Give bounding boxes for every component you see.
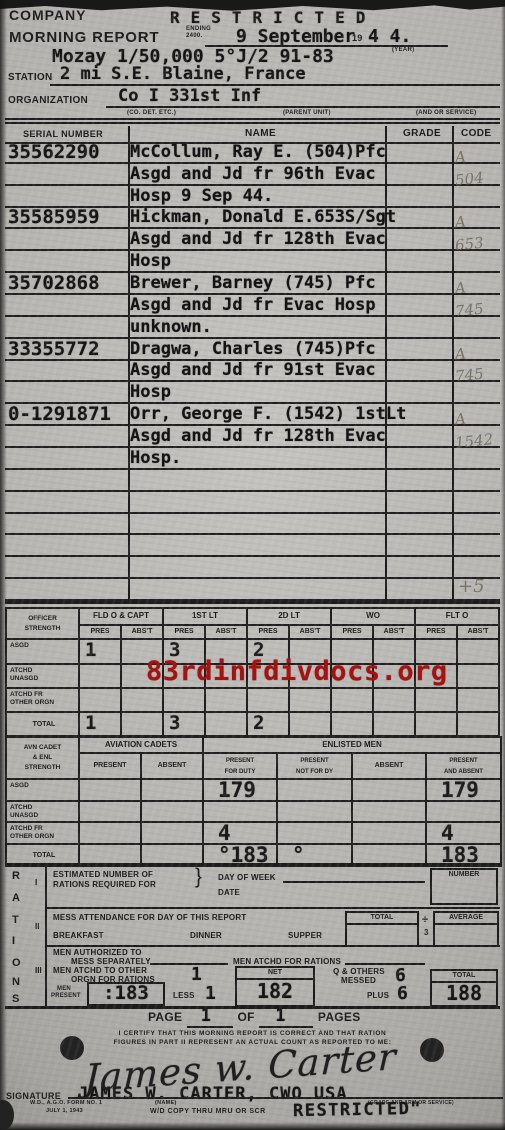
handwritten-code: A (454, 147, 467, 166)
table-row (5, 557, 500, 579)
table-row (5, 579, 500, 601)
ending-time: 2400. (186, 33, 203, 39)
serial-number: 35702868 (8, 274, 100, 293)
row-label-total: TOTAL (6, 712, 79, 736)
company-label: COMPANY (9, 7, 87, 23)
cell (141, 822, 203, 844)
present-label: PRESENT (51, 993, 81, 999)
cell (79, 779, 141, 801)
cell (121, 688, 163, 712)
less-label: LESS (173, 991, 195, 1000)
number-box: NUMBER (430, 868, 498, 905)
part-numeral-2: II (35, 922, 39, 931)
rations-rail-letter: A (12, 892, 20, 904)
men-atchd-rations-label: MEN ATCHD FOR RATIONS (233, 957, 341, 966)
men-label: MEN (57, 986, 71, 992)
mess-total-label: TOTAL (347, 913, 417, 925)
roster-rows: 35562290McCollum, Ray E. (504)PfcA Asgd … (5, 142, 500, 601)
table-row (5, 470, 500, 492)
mess-attendance-label: MESS ATTENDANCE FOR DAY OF THIS REPORT (53, 913, 246, 922)
part-divider-1 (45, 907, 500, 909)
col-present: PRESENT (79, 753, 141, 779)
rations-rail-letter: N (12, 976, 20, 988)
cell: 1 (79, 712, 121, 736)
cell (415, 712, 457, 736)
cell (426, 801, 501, 822)
group-aviation-cadets: AVIATION CADETS (79, 737, 203, 753)
serial-number: 35562290 (8, 143, 100, 162)
cell (141, 801, 203, 822)
cell (352, 779, 426, 801)
group-flt-o: FLT O (415, 608, 499, 625)
rations-section: R A T I O N S I II III ESTIMATED NUMBER … (5, 863, 500, 1009)
group-fldo-capt: FLD O & CAPT (79, 608, 163, 625)
col-name: NAME (245, 128, 276, 139)
handwritten-code: 745 (454, 299, 484, 320)
cell: 4 (426, 822, 501, 844)
table-row: Hosp (5, 382, 500, 404)
table-row (5, 514, 500, 536)
officer-strength-title: OFFICER STRENGTH (6, 608, 79, 639)
year-label: (YEAR) (392, 47, 414, 53)
cell (373, 712, 415, 736)
cell: 2 (247, 712, 289, 736)
row-label-atchd-fr: ATCHD FR OTHER ORGN (6, 688, 79, 712)
cell (79, 664, 121, 688)
cell: 3 (163, 712, 205, 736)
cell (205, 688, 247, 712)
table-row: Asgd and Jd fr 128th Evac653 (5, 229, 500, 251)
table-row: 35702868Brewer, Barney (745) PfcA (5, 273, 500, 295)
dark-left-edge (0, 0, 7, 1130)
mess-separately-label: MESS SEPARATELY (71, 957, 151, 966)
organization-value: Co I 331st Inf (118, 86, 261, 106)
form-number: W.D., A.G.O. FORM NO. 1 (30, 1100, 102, 1106)
cell (457, 639, 499, 664)
rations-total-value: 188 (432, 983, 496, 1003)
entry-text: Asgd and Jd fr Evac Hosp (130, 296, 376, 315)
group-wo: WO (331, 608, 415, 625)
roster-bottom-rule (5, 601, 500, 604)
rations-rail-letter: T (12, 914, 19, 926)
table-row: Asgd and Jd fr 91st Evac745 (5, 361, 500, 383)
group-2d-lt: 2D LT (247, 608, 331, 625)
supper-label: SUPPER (288, 931, 322, 940)
part-divider-2 (45, 945, 500, 947)
organization-label: ORGANIZATION (8, 95, 88, 106)
brace: } (195, 865, 202, 889)
col-code: CODE (461, 128, 492, 139)
page-line: PAGE 1 OF 1 PAGES (148, 1006, 361, 1026)
handwritten-code: 653 (454, 234, 484, 255)
table-row (5, 492, 500, 514)
page-value: 1 (187, 1006, 233, 1028)
average-label: AVERAGE (435, 913, 497, 925)
rations-rail-letter: S (12, 993, 19, 1005)
station-value: 2 mi S.E. Blaine, France (60, 64, 306, 84)
entry-text: Hosp 9 Sep 44. (130, 187, 273, 206)
table-row: 33355772Dragwa, Charles (745)PfcA (5, 339, 500, 361)
serial-number: 35585959 (8, 208, 100, 227)
col-absent: ABSENT (141, 753, 203, 779)
sub-label-parent: (PARENT UNIT) (283, 110, 331, 116)
divide-symbol: ÷ (422, 914, 428, 926)
row-label-asgd: ASGD (6, 639, 79, 664)
table-row: Asgd and Jd fr 96th Evac504 (5, 164, 500, 186)
header-rule-2 (5, 122, 500, 124)
net-box: NET 182 (235, 966, 315, 1007)
avn-strength-title: AVN CADET & ENL STRENGTH (6, 737, 79, 779)
abst-header: ABS'T (205, 625, 247, 639)
group-enlisted-men: ENLISTED MEN (203, 737, 501, 753)
cell (277, 779, 352, 801)
entry-text: Dragwa, Charles (745)Pfc (130, 340, 376, 359)
cell (457, 712, 499, 736)
cell (415, 688, 457, 712)
abst-header: ABS'T (457, 625, 499, 639)
sub-label-co: (CO. DET. ETC.) (127, 110, 176, 116)
table-row: 0-1291871Orr, George F. (1542) 1stLtA (5, 404, 500, 426)
handwritten-code: 745 (454, 365, 484, 386)
pres-header: PRES (163, 625, 205, 639)
cell: 179 (426, 779, 501, 801)
dark-right-edge (501, 0, 505, 1130)
serial-number: 0-1291871 (8, 405, 111, 424)
date-label: DATE (218, 888, 240, 897)
row-label-atchd-unasgd: ATCHD UNASGD (6, 664, 79, 688)
col-present-not-for-dy: PRESENT NOT FOR DY (277, 753, 352, 779)
part-numeral-1: I (35, 878, 37, 887)
cell: 4 (203, 822, 277, 844)
handwritten-code: A (454, 410, 467, 429)
plus-value: 6 (397, 983, 408, 1004)
table-row: Asgd and Jd fr 128th Evac1542 (5, 426, 500, 448)
punch-hole-left (60, 1036, 84, 1060)
page-label: PAGE (148, 1010, 182, 1024)
signature-line (68, 1097, 503, 1099)
breakfast-label: BREAKFAST (53, 931, 104, 940)
cell (79, 801, 141, 822)
dark-bottom-edge (0, 1122, 505, 1130)
entry-text: Asgd and Jd fr 128th Evac (130, 427, 386, 446)
men-atchd-other-label: MEN ATCHD TO OTHER (53, 966, 147, 975)
cell: 179 (203, 779, 277, 801)
cell: 1 (79, 639, 121, 664)
entry-text: Hosp (130, 252, 171, 271)
form-date: JULY 1, 1943 (46, 1108, 83, 1114)
entry-text: Hosp. (130, 449, 181, 468)
number-label: NUMBER (432, 870, 496, 880)
abst-header: ABS'T (121, 625, 163, 639)
messed-label: MESSED (341, 976, 376, 985)
abst-header: ABS'T (289, 625, 331, 639)
day-of-week-label: DAY OF WEEK (218, 873, 276, 882)
entry-text: unknown. (130, 318, 212, 337)
cell (121, 712, 163, 736)
table-row: Hosp. (5, 448, 500, 470)
morning-report-scan: COMPANY RESTRICTED MORNING REPORT ENDING… (0, 0, 505, 1130)
station-label: STATION (8, 72, 53, 83)
entry-text: Hickman, Donald E.653S/Sgt (130, 208, 396, 227)
net-value: 182 (237, 980, 313, 1002)
cell (277, 801, 352, 822)
handwritten-code: A (454, 278, 467, 297)
entry-text: Brewer, Barney (745) Pfc (130, 274, 376, 293)
header-rule-1 (5, 118, 500, 120)
rations-total-box: TOTAL 188 (430, 969, 498, 1007)
handwritten-code: A (454, 344, 467, 363)
pres-header: PRES (79, 625, 121, 639)
cell (79, 822, 141, 844)
watermark: 83rdinfdivdocs.org (146, 656, 448, 687)
morning-report-label: MORNING REPORT (9, 29, 159, 46)
row-label-atchd-unasgd: ATCHD UNASGD (6, 801, 79, 822)
pres-header: PRES (415, 625, 457, 639)
men-authorized-label: MEN AUTHORIZED TO (53, 948, 142, 957)
handwritten-code: 504 (454, 168, 484, 189)
of-label: OF (237, 1010, 254, 1024)
cell (205, 712, 247, 736)
cell (277, 822, 352, 844)
report-date: 9 September (236, 26, 355, 47)
abst-header: ABS'T (373, 625, 415, 639)
table-row: Hosp (5, 251, 500, 273)
enlisted-strength-table: AVN CADET & ENL STRENGTH AVIATION CADETS… (5, 736, 502, 867)
serial-number: 33355772 (8, 340, 100, 359)
cell (352, 801, 426, 822)
rations-required-label: RATIONS REQUIRED FOR (53, 880, 156, 889)
table-row: Hosp 9 Sep 44. (5, 186, 500, 208)
mess-sep-underline (150, 950, 228, 965)
handwritten-annotation: +5 (458, 576, 485, 597)
year-print: 19 (352, 33, 363, 43)
cell (203, 801, 277, 822)
average-box: AVERAGE (433, 911, 499, 947)
sub-label-service: (AND OR SERVICE) (416, 110, 476, 116)
cell (331, 712, 373, 736)
men-present-value: :183 (89, 984, 163, 1002)
wd-copy-label: W/D COPY THRU MRU OR SCR (150, 1108, 266, 1115)
table-row: 35562290McCollum, Ray E. (504)PfcA (5, 142, 500, 164)
part-numeral-3: III (35, 966, 42, 975)
mess-total-box: TOTAL (345, 911, 419, 947)
table-row: 35585959Hickman, Donald E.653S/SgtA (5, 208, 500, 230)
year-typed: 4 4. (368, 26, 411, 47)
table-row: unknown. (5, 317, 500, 339)
cell (141, 779, 203, 801)
cell (457, 688, 499, 712)
cell (352, 822, 426, 844)
pres-header: PRES (247, 625, 289, 639)
pages-value: 1 (259, 1006, 313, 1028)
restricted-stamp: RESTRICTED" (293, 1099, 422, 1121)
cell (289, 712, 331, 736)
col-serial-number: SERIAL NUMBER (23, 129, 103, 139)
orgn-for-rations-value: 1 (191, 964, 202, 985)
row-label-asgd: ASGD (6, 779, 79, 801)
handwritten-code: A (454, 213, 467, 232)
cell (79, 688, 121, 712)
pres-header: PRES (331, 625, 373, 639)
day-underline (283, 868, 425, 883)
entry-text: Asgd and Jd fr 91st Evac (130, 361, 376, 380)
rations-rail-letter: O (12, 957, 21, 969)
punch-hole-right (420, 1038, 444, 1062)
divisor-three: 3 (424, 928, 429, 937)
rations-rail-letter: R (12, 870, 20, 882)
cell (373, 688, 415, 712)
men-present-box: :183 (87, 982, 165, 1006)
row-label-atchd-fr: ATCHD FR OTHER ORGN (6, 822, 79, 844)
q-and-others-label: Q & OTHERS (333, 967, 385, 976)
entry-text: Asgd and Jd fr 128th Evac (130, 230, 386, 249)
entry-text: Asgd and Jd fr 96th Evac (130, 165, 376, 184)
entry-text: McCollum, Ray E. (504)Pfc (130, 143, 386, 162)
dinner-label: DINNER (190, 931, 222, 940)
cell (289, 688, 331, 712)
col-present-for-duty: PRESENT FOR DUTY (203, 753, 277, 779)
plus-label: PLUS (367, 991, 389, 1000)
entry-text: Orr, George F. (1542) 1stLt (130, 405, 406, 424)
col-present-and-absent: PRESENT AND ABSENT (426, 753, 501, 779)
table-row (5, 535, 500, 557)
pages-label: PAGES (318, 1010, 361, 1024)
cell (331, 688, 373, 712)
estimated-number-label: ESTIMATED NUMBER OF (53, 870, 153, 879)
rail-divider (45, 866, 47, 1006)
name-label: (NAME) (155, 1100, 177, 1106)
cell (247, 688, 289, 712)
rations-rail-letter: I (12, 935, 15, 947)
col-grade: GRADE (403, 128, 441, 139)
col-absent-em: ABSENT (352, 753, 426, 779)
entry-text: Hosp (130, 383, 171, 402)
cell (457, 664, 499, 688)
cell (163, 688, 205, 712)
group-1st-lt: 1ST LT (163, 608, 247, 625)
atchd-underline (345, 950, 425, 965)
less-value: 1 (205, 983, 216, 1004)
table-row: Asgd and Jd fr Evac Hosp745 (5, 295, 500, 317)
